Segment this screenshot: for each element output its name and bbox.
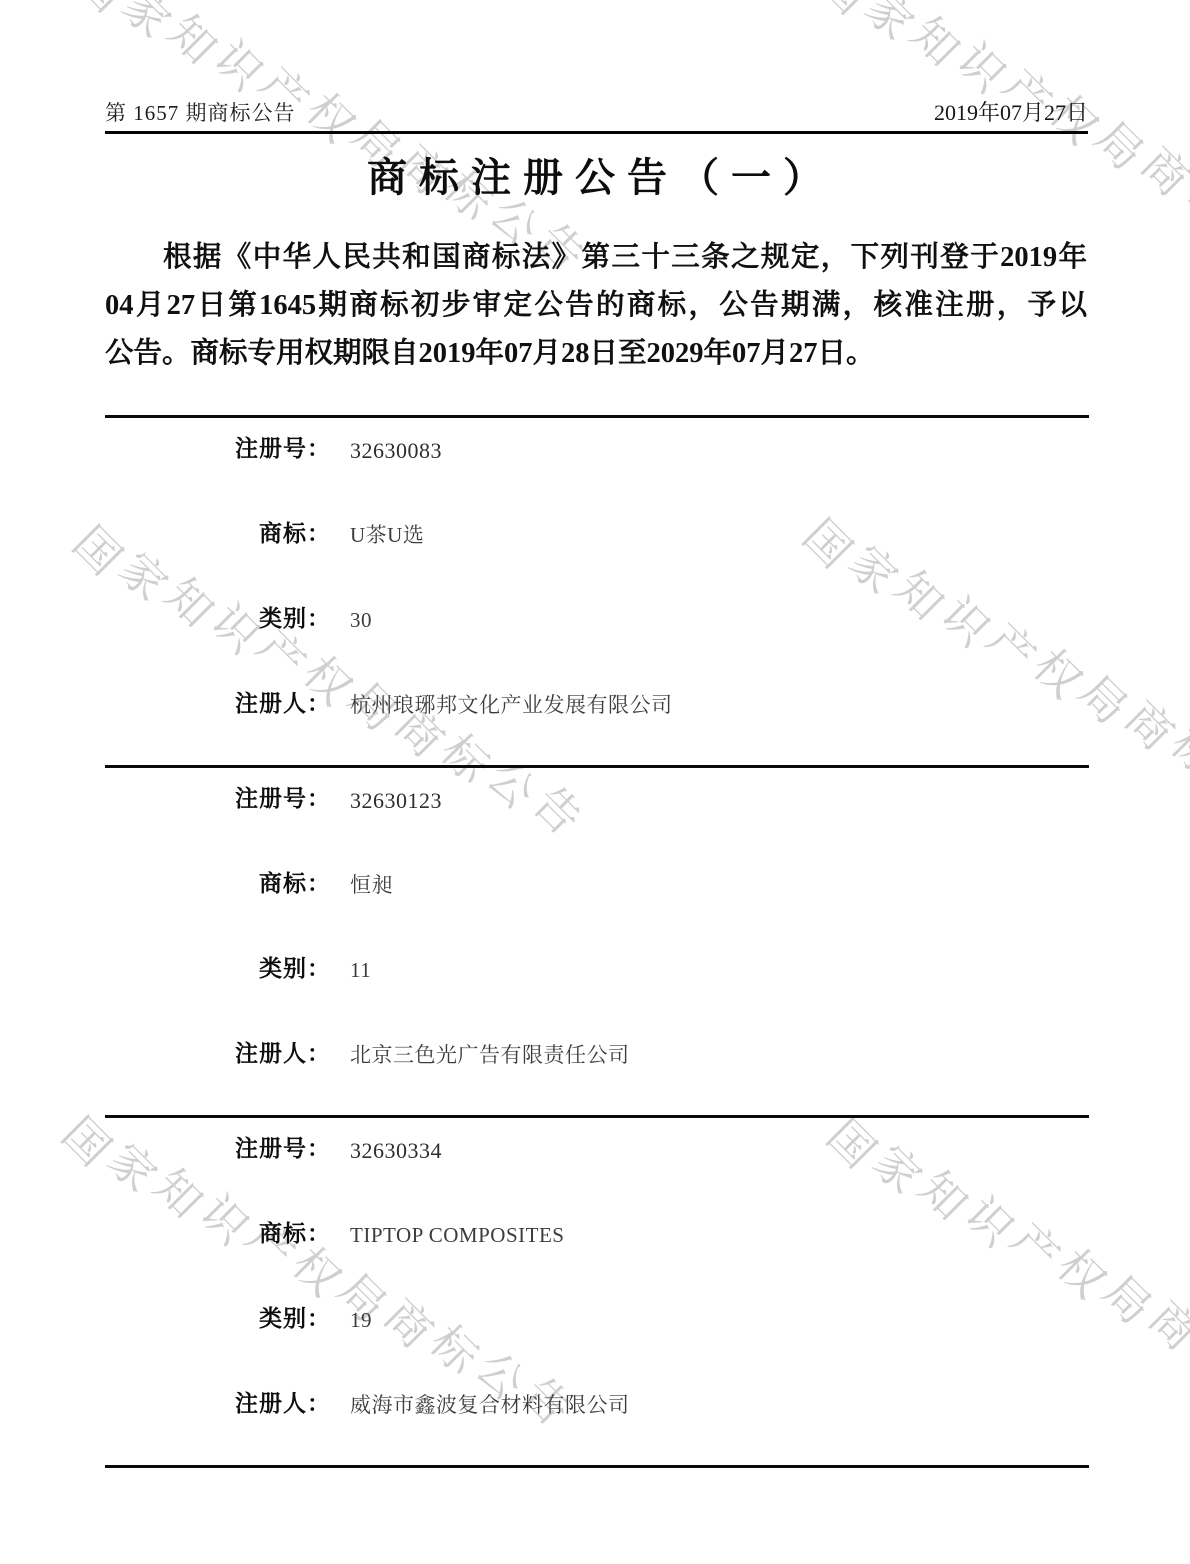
page-title: 商标注册公告（一）: [0, 146, 1190, 203]
reg-no-label: 注册号：: [105, 1135, 331, 1163]
publication-date: 2019年07月27日: [934, 96, 1088, 127]
bottom-rule: [105, 1465, 1089, 1468]
trademark-value: TIPTOP COMPOSITES: [350, 1220, 564, 1249]
trademark-label: 商标：: [105, 870, 331, 898]
issue-label: 第 1657 期商标公告: [105, 97, 296, 127]
reg-no-label: 注册号：: [105, 785, 331, 813]
category-value: 11: [350, 955, 371, 984]
category-value: 19: [350, 1305, 372, 1334]
gazette-page: 国家知识产权局商标公告国家知识产权局商标公告国家知识产权局商标公告国家知识产权局…: [0, 0, 1190, 1564]
category-label: 类别：: [105, 605, 331, 633]
trademark-row: 商标： 恒昶: [105, 865, 1089, 950]
category-row: 类别： 19: [105, 1300, 1089, 1385]
trademark-label: 商标：: [105, 1220, 331, 1248]
intro-line-1: 根据《中华人民共和国商标法》第三十三条之规定，下列刊登于2019年: [105, 234, 1087, 282]
registrant-value: 北京三色光广告有限责任公司: [350, 1040, 630, 1069]
registrant-label: 注册人：: [105, 1390, 331, 1418]
intro-line-2: 04月27日第1645期商标初步审定公告的商标，公告期满，核准注册，予以: [105, 282, 1087, 330]
category-row: 类别： 30: [105, 600, 1089, 685]
reg-no-row: 注册号： 32630123: [105, 780, 1089, 865]
registrant-row: 注册人： 威海市鑫波复合材料有限公司: [105, 1385, 1089, 1470]
trademark-entry: 注册号： 32630083 商标： U茶U选 类别： 30 注册人： 杭州琅琊邦…: [105, 415, 1089, 765]
trademark-entries: 注册号： 32630083 商标： U茶U选 类别： 30 注册人： 杭州琅琊邦…: [105, 415, 1089, 1468]
registrant-row: 注册人： 北京三色光广告有限责任公司: [105, 1035, 1089, 1120]
header-rule: [105, 131, 1088, 134]
page-content: 第 1657 期商标公告 2019年07月27日 商标注册公告（一） 根据《中华…: [0, 0, 1190, 1564]
reg-no-row: 注册号： 32630334: [105, 1130, 1089, 1215]
reg-no-row: 注册号： 32630083: [105, 430, 1089, 515]
category-row: 类别： 11: [105, 950, 1089, 1035]
trademark-row: 商标： TIPTOP COMPOSITES: [105, 1215, 1089, 1300]
category-label: 类别：: [105, 1305, 331, 1333]
trademark-row: 商标： U茶U选: [105, 515, 1089, 600]
intro-paragraph: 根据《中华人民共和国商标法》第三十三条之规定，下列刊登于2019年 04月27日…: [105, 234, 1087, 378]
registrant-value: 杭州琅琊邦文化产业发展有限公司: [350, 690, 673, 719]
registrant-label: 注册人：: [105, 690, 331, 718]
reg-no-value: 32630123: [350, 785, 442, 814]
registrant-value: 威海市鑫波复合材料有限公司: [350, 1390, 630, 1419]
trademark-label: 商标：: [105, 520, 331, 548]
trademark-entry: 注册号： 32630123 商标： 恒昶 类别： 11 注册人： 北京三色光广告…: [105, 765, 1089, 1115]
intro-line-3: 公告。商标专用权期限自2019年07月28日至2029年07月27日。: [105, 330, 1087, 378]
category-value: 30: [350, 605, 372, 634]
trademark-value: U茶U选: [350, 520, 424, 549]
reg-no-label: 注册号：: [105, 435, 331, 463]
category-label: 类别：: [105, 955, 331, 983]
registrant-row: 注册人： 杭州琅琊邦文化产业发展有限公司: [105, 685, 1089, 770]
registrant-label: 注册人：: [105, 1040, 331, 1068]
trademark-entry: 注册号： 32630334 商标： TIPTOP COMPOSITES 类别： …: [105, 1115, 1089, 1465]
trademark-value: 恒昶: [350, 870, 393, 899]
reg-no-value: 32630083: [350, 435, 442, 464]
reg-no-value: 32630334: [350, 1135, 442, 1164]
page-header: 第 1657 期商标公告 2019年07月27日: [105, 96, 1088, 127]
